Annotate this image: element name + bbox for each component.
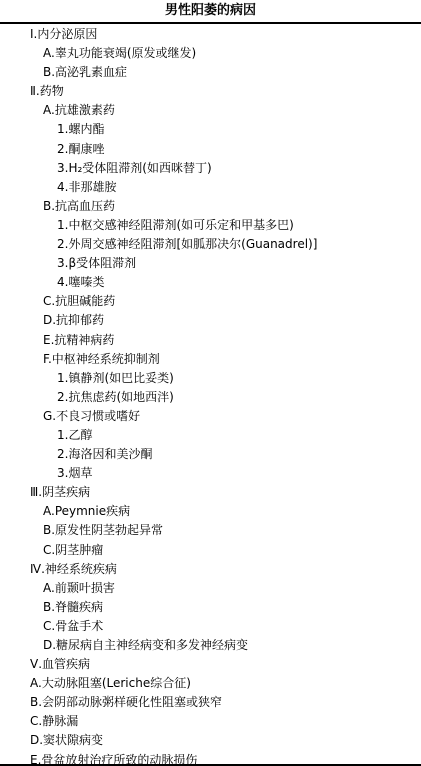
list-item: B.原发性阴茎勃起异常 — [0, 521, 421, 540]
list-item: A.睾丸功能衰竭(原发或继发) — [0, 44, 421, 63]
list-item: Ⅲ.阴茎疾病 — [0, 483, 421, 502]
list-item: C.静脉漏 — [0, 712, 421, 731]
list-item: C.阴茎肿瘤 — [0, 541, 421, 560]
list-item: 3.β受体阻滞剂 — [0, 254, 421, 273]
list-item: 1.镇静剂(如巴比妥类) — [0, 369, 421, 388]
list-item: 2.外周交感神经阻滞剂[如胍那决尔(Guanadrel)] — [0, 235, 421, 254]
list-item: Ⅳ.神经系统疾病 — [0, 560, 421, 579]
list-item: 4.非那雄胺 — [0, 178, 421, 197]
list-item: B.脊髓疾病 — [0, 598, 421, 617]
cause-list: Ⅰ.内分泌原因 A.睾丸功能衰竭(原发或继发) B.高泌乳素血症 Ⅱ.药物 A.… — [0, 25, 421, 766]
list-item: 3.烟草 — [0, 464, 421, 483]
list-item: B.抗高血压药 — [0, 197, 421, 216]
list-item: D.糖尿病自主神经病变和多发神经病变 — [0, 636, 421, 655]
list-item: G.不良习惯或嗜好 — [0, 407, 421, 426]
list-item: A.大动脉阻塞(Leriche综合征) — [0, 674, 421, 693]
list-item: D.窦状隙病变 — [0, 731, 421, 750]
list-item: B.会阴部动脉粥样硬化性阻塞或狭窄 — [0, 693, 421, 712]
list-item: A.Peymnie疾病 — [0, 502, 421, 521]
list-item: D.抗抑郁药 — [0, 311, 421, 330]
list-item: 2.酮康唑 — [0, 140, 421, 159]
list-item: F.中枢神经系统抑制剂 — [0, 350, 421, 369]
top-rule — [0, 22, 421, 24]
list-item: B.高泌乳素血症 — [0, 63, 421, 82]
list-item: Ⅱ.药物 — [0, 82, 421, 101]
list-item: Ⅰ.内分泌原因 — [0, 25, 421, 44]
list-item: A.抗雄激素药 — [0, 101, 421, 120]
list-item: C.抗胆碱能药 — [0, 292, 421, 311]
list-item: 1.乙醇 — [0, 426, 421, 445]
list-item: 1.中枢交感神经阻滞剂(如可乐定和甲基多巴) — [0, 216, 421, 235]
list-item: A.前颞叶损害 — [0, 579, 421, 598]
list-item: Ⅴ.血管疾病 — [0, 655, 421, 674]
list-item: 2.海洛因和美沙酮 — [0, 445, 421, 464]
list-item: 3.H₂受体阻滞剂(如西咪替丁) — [0, 159, 421, 178]
list-item: 2.抗焦虑药(如地西泮) — [0, 388, 421, 407]
document-title: 男性阳萎的病因 — [0, 2, 421, 20]
list-item: E.抗精神病药 — [0, 331, 421, 350]
list-item: 4.噻嗪类 — [0, 273, 421, 292]
list-item: 1.螺内酯 — [0, 120, 421, 139]
list-item: C.骨盆手术 — [0, 617, 421, 636]
